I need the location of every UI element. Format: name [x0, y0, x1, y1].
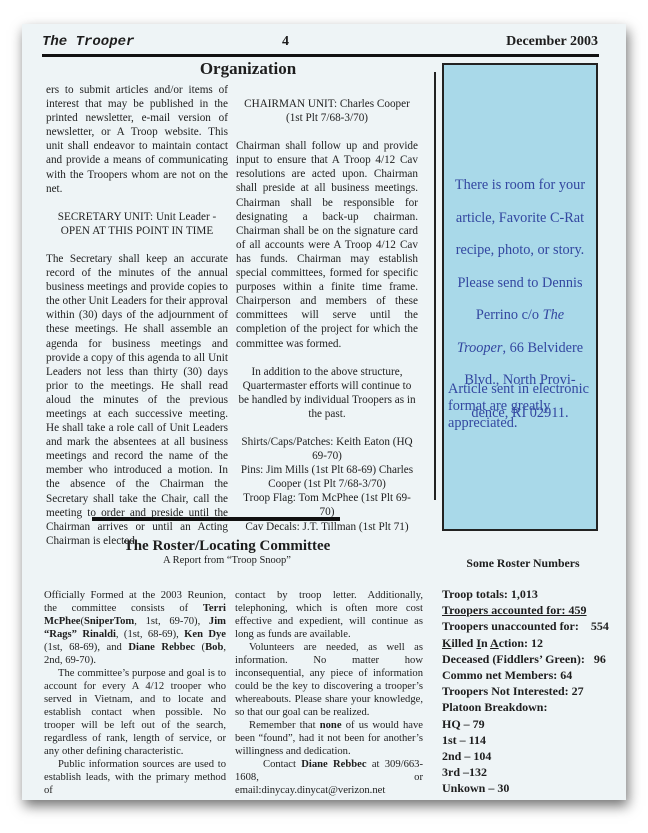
submission-notice-box: There is room for your article, Favorite… [442, 63, 598, 531]
quartermaster-item: Cav Decals: J.T. Tillman (1st Plt 71) [236, 520, 418, 534]
chairman-unit-heading-2: (1st Plt 7/68-3/70) [236, 111, 418, 125]
notice-electronic-format: Article sent in electronic format are gr… [448, 381, 592, 432]
chairman-unit-heading-1: CHAIRMAN UNIT: Charles Cooper [236, 97, 418, 111]
page-number: 4 [282, 34, 289, 50]
roster-numbers-list: Troop totals: 1,013 Troopers accounted f… [442, 586, 612, 797]
platoon-count: HQ – 79 [442, 716, 612, 732]
roster-column-2: contact by troop letter. Additionally, t… [235, 589, 423, 797]
publication-title: The Trooper [42, 34, 134, 50]
newsletter-page: The Trooper 4 December 2003 Organization… [22, 24, 626, 800]
deceased: Deceased (Fiddlers’ Green): 96 [442, 651, 612, 667]
remember-paragraph: Remember that none of us would have been… [235, 719, 423, 758]
page-header: The Trooper 4 December 2003 [42, 34, 598, 54]
column-divider [434, 72, 436, 500]
quartermaster-item: Shirts/Caps/Patches: Keith Eaton (HQ 69-… [236, 435, 418, 463]
roster-numbers-heading: Some Roster Numbers [442, 556, 604, 571]
organization-heading: Organization [142, 59, 354, 79]
secretary-paragraph: The Secretary shall keep an accurate rec… [46, 252, 228, 548]
organization-column-1: ers to submit articles and/or items of i… [46, 83, 228, 548]
roster-column-1: Officially Formed at the 2003 Reunion, t… [44, 589, 226, 797]
purpose-paragraph: The committee’s purpose and goal is to a… [44, 667, 226, 758]
volunteers-paragraph: Volunteers are needed, as well as inform… [235, 641, 423, 719]
platoon-breakdown-heading: Platoon Breakdown: [442, 699, 612, 715]
platoon-count: 1st – 114 [442, 732, 612, 748]
committee-members-paragraph: Officially Formed at the 2003 Reunion, t… [44, 589, 226, 667]
communications-paragraph: ers to submit articles and/or items of i… [46, 83, 228, 196]
secretary-unit-heading-2: OPEN AT THIS POINT IN TIME [46, 224, 228, 238]
organization-column-2: CHAIRMAN UNIT: Charles Cooper (1st Plt 7… [236, 83, 418, 534]
troopers-not-interested: Troopers Not Interested: 27 [442, 683, 612, 699]
contact-method-paragraph: contact by troop letter. Additionally, t… [235, 589, 423, 641]
troopers-unaccounted: Troopers unaccounted for: 554 [442, 618, 612, 634]
section-rule [92, 517, 340, 521]
killed-in-action: Killed In Action: 12 [442, 635, 612, 651]
contact-paragraph: Contact Diane Rebbec at 309/663-1608, or… [235, 758, 423, 797]
quartermaster-item: Troop Flag: Tom McPhee (1st Plt 69-70) [236, 491, 418, 519]
issue-date: December 2003 [506, 34, 598, 50]
troopers-accounted: Troopers accounted for: 459 [442, 602, 612, 618]
roster-subheading: A Report from “Troop Snoop” [62, 555, 392, 566]
quartermaster-item: Pins: Jim Mills (1st Plt 68-69) Charles … [236, 463, 418, 491]
chairman-paragraph: Chairman shall follow up and provide inp… [236, 139, 418, 350]
troop-totals: Troop totals: 1,013 [442, 586, 612, 602]
platoon-count: 2nd – 104 [442, 748, 612, 764]
quartermaster-paragraph: In addition to the above structure, Quar… [236, 365, 418, 421]
secretary-unit-heading-1: SECRETARY UNIT: Unit Leader - [46, 210, 228, 224]
platoon-count: Unkown – 30 [442, 780, 612, 796]
commo-net-members: Commo net Members: 64 [442, 667, 612, 683]
platoon-count: 3rd –132 [442, 764, 612, 780]
sources-paragraph: Public information sources are used to e… [44, 758, 226, 797]
roster-heading: The Roster/Locating Committee [62, 538, 392, 555]
header-rule [42, 54, 599, 57]
